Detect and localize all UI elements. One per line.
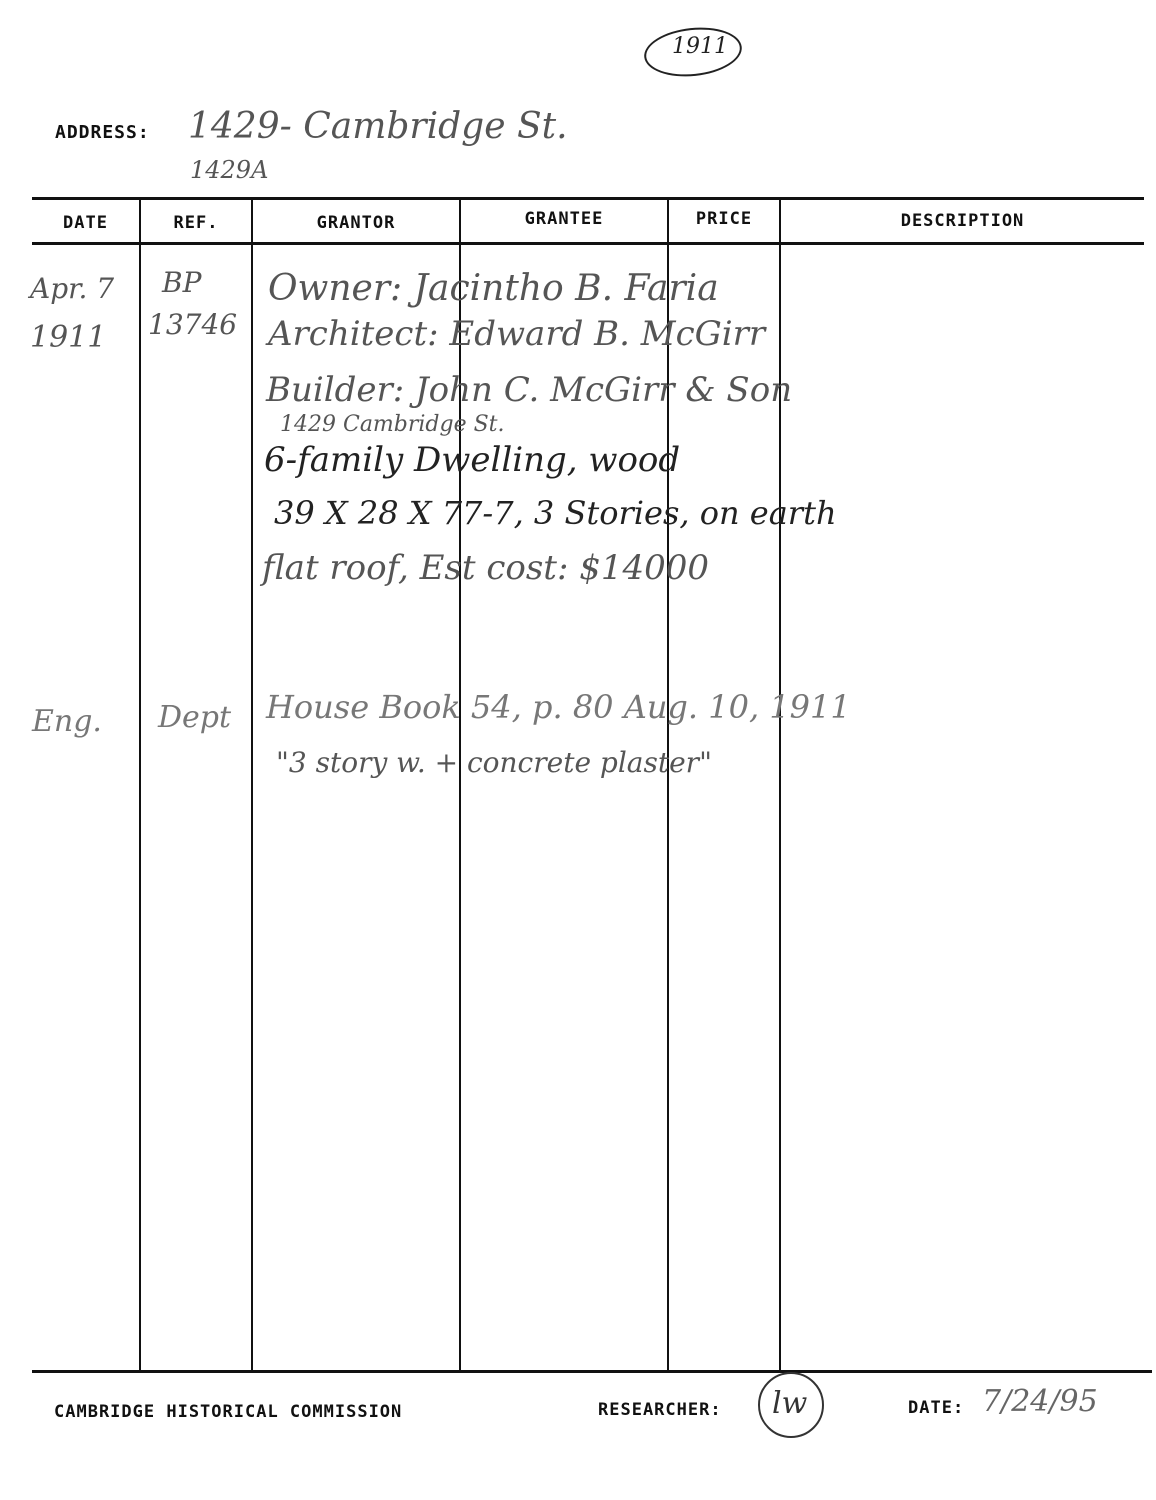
entry-1-architect: Architect: Edward B. McGirr xyxy=(268,314,765,354)
entry-2-house-book: House Book 54, p. 80 Aug. 10, 1911 xyxy=(266,688,851,726)
entry-1-ref-line-2: 13746 xyxy=(148,308,237,341)
entry-1-owner: Owner: Jacintho B. Faria xyxy=(268,268,719,309)
entry-2-date: Eng. xyxy=(32,704,102,739)
table-top-rule xyxy=(32,197,1144,200)
column-header-price: PRICE xyxy=(669,202,779,236)
researcher-label: RESEARCHER: xyxy=(598,1400,722,1420)
entry-1-roof-cost: flat roof, Est cost: $14000 xyxy=(262,548,709,588)
entry-1-builder-address: 1429 Cambridge St. xyxy=(280,412,505,437)
column-divider xyxy=(139,199,141,1371)
entry-1-builder: Builder: John C. McGirr & Son xyxy=(266,370,792,410)
entry-1-ref-line-1: BP xyxy=(162,266,201,299)
column-divider xyxy=(251,199,253,1371)
entry-2-ref: Dept xyxy=(158,700,231,735)
address-line-1: 1429- Cambridge St. xyxy=(188,106,568,147)
table-bottom-rule xyxy=(32,1370,1152,1373)
entry-1-date-line-1: Apr. 7 xyxy=(30,272,114,305)
entry-1-building-type: 6-family Dwelling, wood xyxy=(264,440,680,480)
entry-1-dimensions: 39 X 28 X 77-7, 3 Stories, on earth xyxy=(274,494,837,532)
date-label: DATE: xyxy=(908,1398,964,1418)
address-line-2: 1429A xyxy=(190,156,268,184)
historical-record-card: 1911 ADDRESS: 1429- Cambridge St. 1429A … xyxy=(0,0,1156,1500)
researcher-initials: lw xyxy=(772,1386,807,1421)
column-header-grantee: GRANTEE xyxy=(461,202,667,236)
year-tag: 1911 xyxy=(672,34,728,59)
column-header-description: DESCRIPTION xyxy=(781,204,1144,238)
column-header-date: DATE xyxy=(32,206,139,240)
column-header-grantor: GRANTOR xyxy=(253,206,459,240)
entry-1-date-line-2: 1911 xyxy=(30,320,106,355)
entry-2-note: "3 story w. + concrete plaster" xyxy=(276,746,712,779)
organization-name: CAMBRIDGE HISTORICAL COMMISSION xyxy=(54,1402,402,1422)
address-label: ADDRESS: xyxy=(55,122,150,143)
record-date: 7/24/95 xyxy=(982,1384,1098,1419)
column-header-ref: REF. xyxy=(141,206,251,240)
table-header-rule xyxy=(32,242,1144,245)
